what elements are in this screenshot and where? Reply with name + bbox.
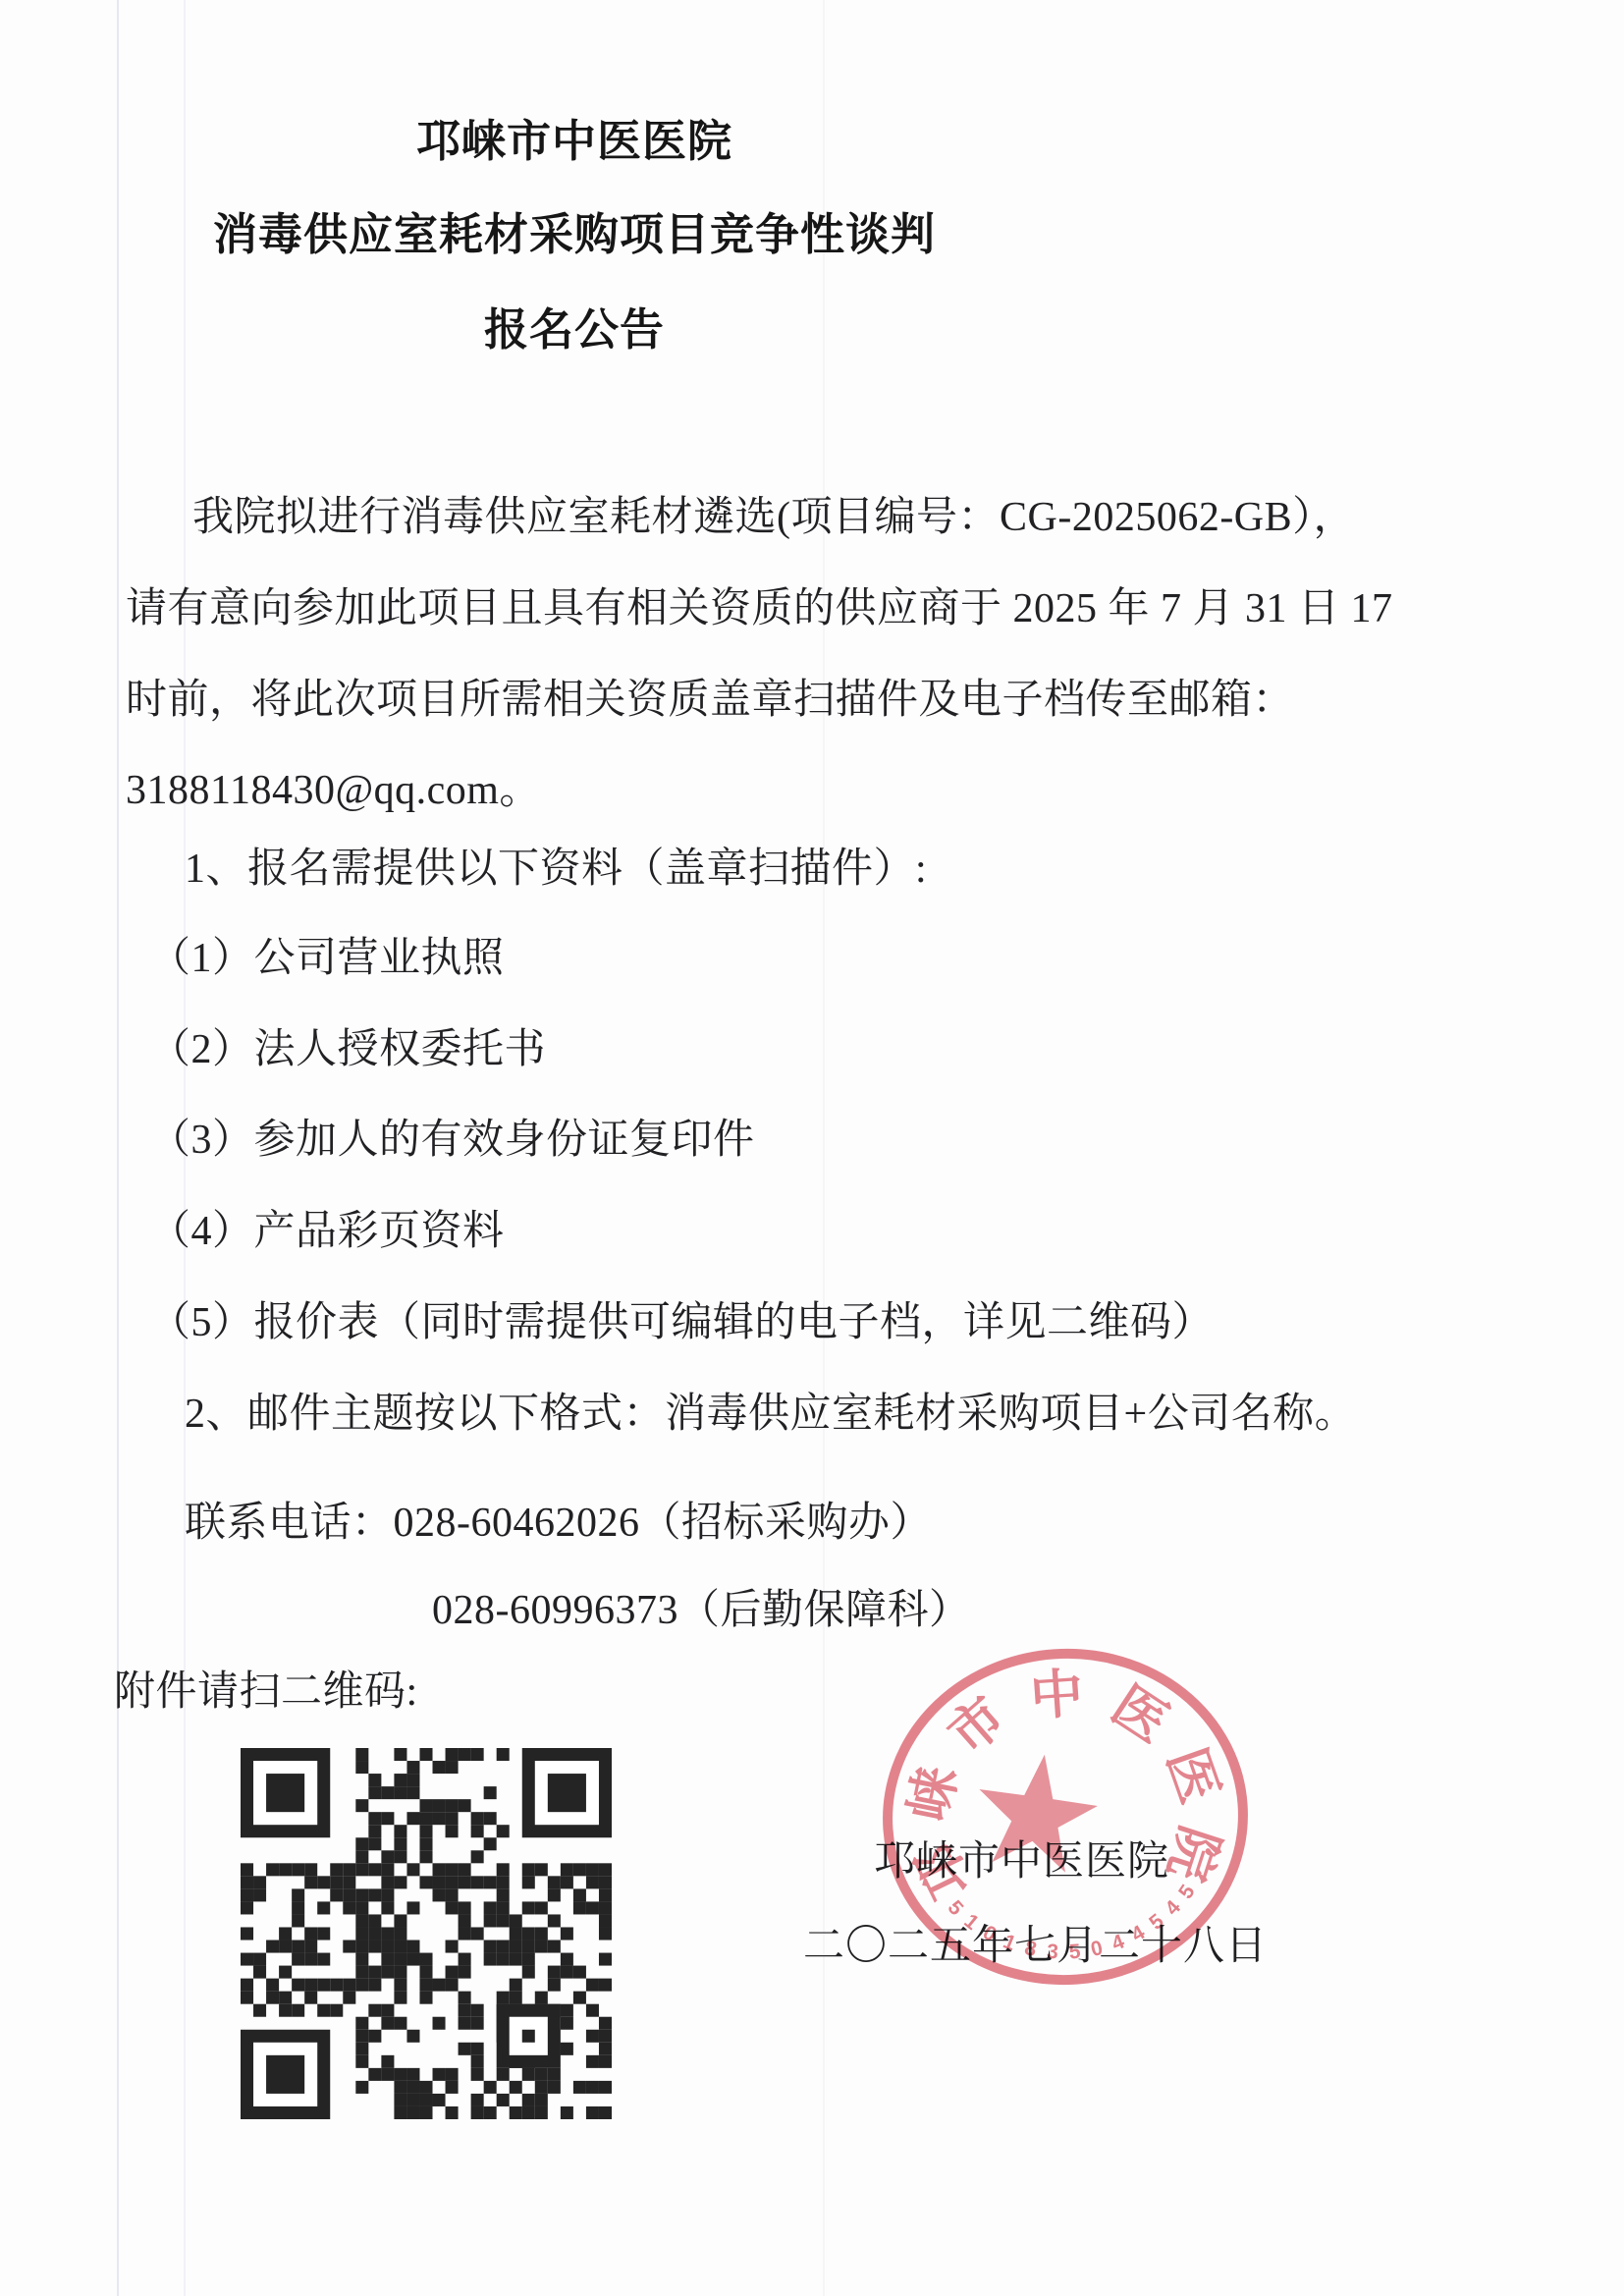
email-text: 3188118430@qq.com。 [126,766,541,815]
svg-text:5: 5 [1174,1881,1200,1903]
svg-text:医: 医 [1156,1741,1228,1811]
svg-text:5: 5 [1068,1941,1082,1964]
doc-line-intro: 我院拟进行消毒供应室耗材遴选(项目编号：CG-2025062-GB）， [192,493,1355,542]
svg-text:3: 3 [1046,1941,1059,1964]
list-item-2: （2）法人授权委托书 [149,1025,546,1074]
scanned-document-page: 邛崃市中医医院 消毒供应室耗材采购项目竞争性谈判 报名公告 我院拟进行消毒供应室… [0,0,1624,2296]
list-item-3: （3）参加人的有效身份证复印件 [149,1116,755,1165]
phone-line-1: 联系电话：028-60462026（招标采购办） [185,1499,932,1548]
doc-title-project: 消毒供应室耗材采购项目竞争性谈判 [0,209,1149,260]
doc-title-hospital: 邛崃市中医医院 [0,116,1149,167]
svg-text:4: 4 [1127,1921,1149,1946]
svg-text:0: 0 [1089,1937,1105,1961]
svg-text:4: 4 [1161,1896,1185,1920]
list-item-5: （5）报价表（同时需提供可编辑的电子档，详见二维码） [149,1298,1214,1347]
svg-text:8: 8 [1022,1937,1039,1961]
svg-text:崃: 崃 [899,1762,967,1826]
svg-text:1: 1 [1000,1930,1019,1955]
svg-text:邛: 邛 [906,1834,983,1908]
list-heading: 1、报名需提供以下资料（盖章扫描件）: [185,845,927,894]
svg-text:1: 1 [960,1910,984,1935]
svg-text:5: 5 [1145,1909,1168,1934]
svg-text:院: 院 [1157,1820,1229,1888]
attachment-note: 附件请扫二维码: [114,1667,418,1717]
svg-text:中: 中 [1028,1664,1085,1726]
list-item-1: （1）公司营业执照 [149,934,505,983]
doc-title-notice: 报名公告 [0,304,1149,355]
mail-subject-line: 2、邮件主题按以下格式：消毒供应室耗材采购项目+公司名称。 [185,1390,1356,1439]
doc-line-email-note: 时前，将此次项目所需相关资质盖章扫描件及电子档传至邮箱： [126,676,1294,725]
list-item-4: （4）产品彩页资料 [149,1207,505,1256]
official-seal: 邛崃市中医医院5101835044545 [869,1620,1262,2013]
svg-text:4: 4 [1109,1930,1128,1955]
svg-text:0: 0 [979,1921,1001,1946]
qr-code [241,1748,612,2119]
doc-line-deadline: 请有意向参加此项目且具有相关资质的供应商于 2025 年 7 月 31 日 17 [126,584,1393,633]
